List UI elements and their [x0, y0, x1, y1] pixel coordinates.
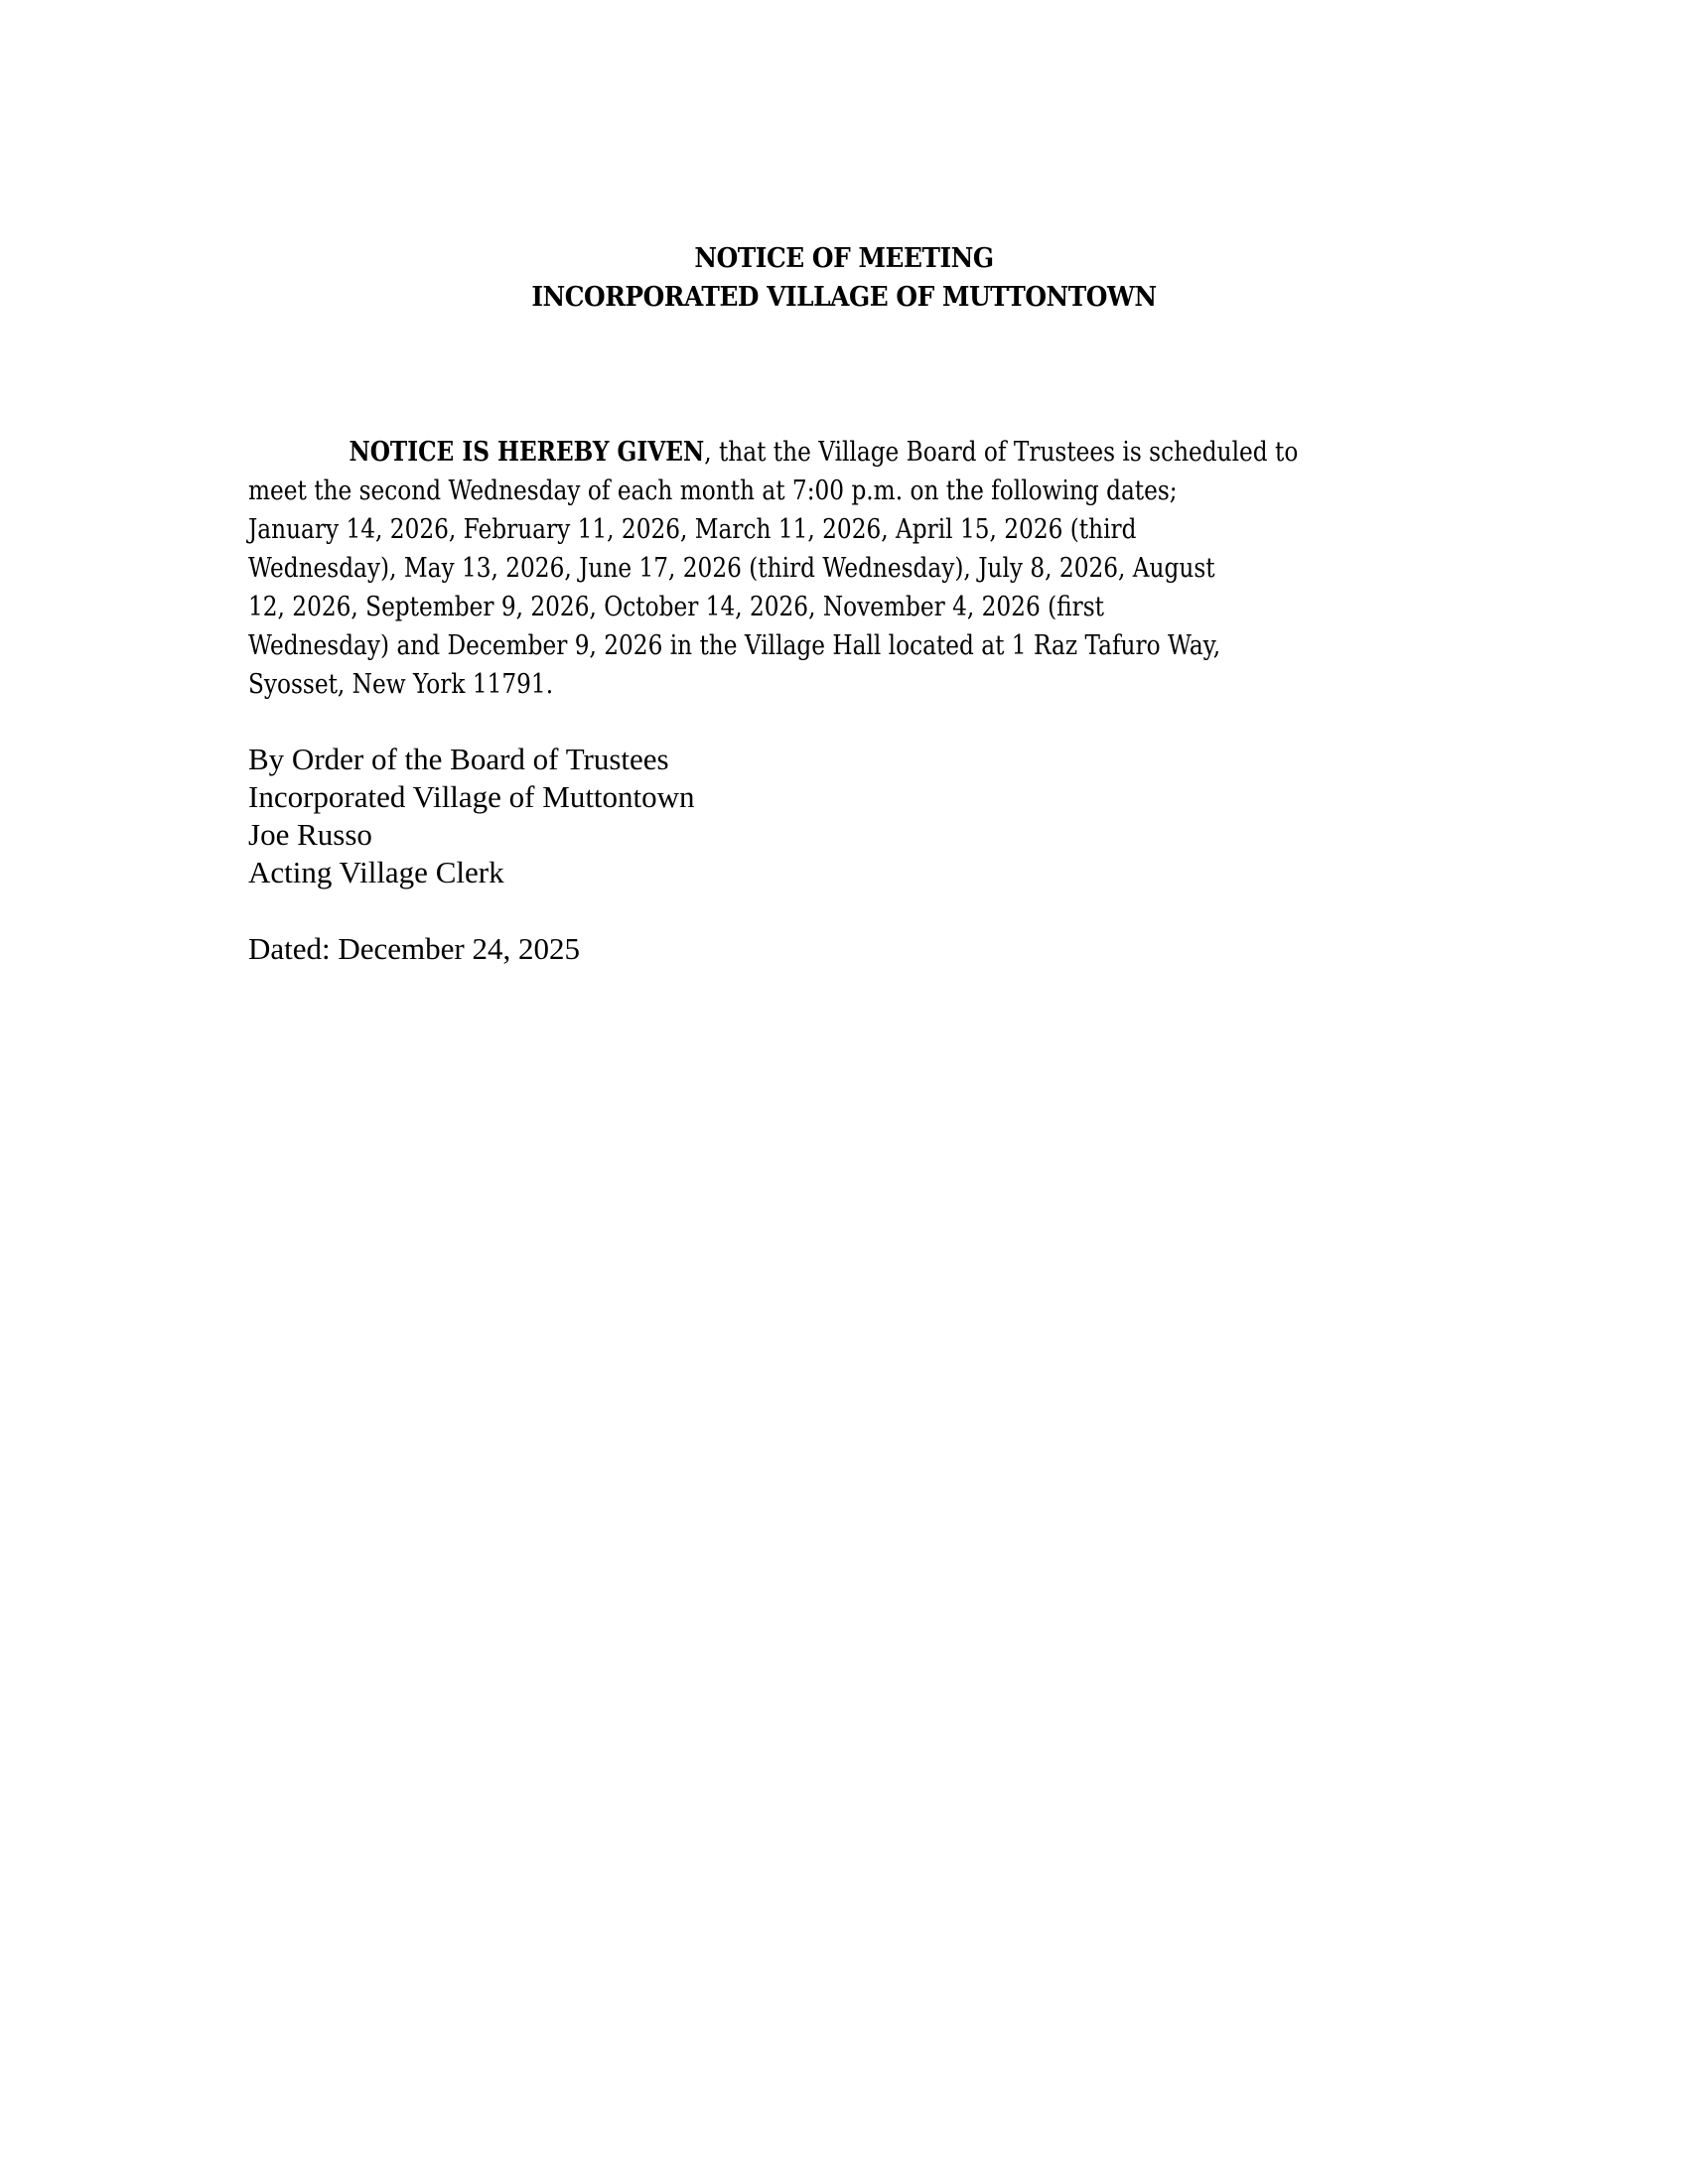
paragraph-line: Wednesday), May 13, 2026, June 17, 2026 … — [248, 549, 1358, 588]
notice-title: NOTICE OF MEETING — [68, 240, 1620, 278]
village-title: INCORPORATED VILLAGE OF MUTTONTOWN — [68, 279, 1620, 317]
notice-paragraph: NOTICE IS HEREBY GIVEN, that the Village… — [248, 433, 1358, 704]
signature-role: Acting Village Clerk — [248, 854, 695, 891]
paragraph-line: January 14, 2026, February 11, 2026, Mar… — [248, 510, 1358, 549]
document-page: NOTICE OF MEETING INCORPORATED VILLAGE O… — [0, 0, 1688, 2184]
paragraph-line: 12, 2026, September 9, 2026, October 14,… — [248, 588, 1358, 626]
notice-lead: NOTICE IS HEREBY GIVEN — [349, 437, 704, 468]
paragraph-line: NOTICE IS HEREBY GIVEN, that the Village… — [248, 433, 1358, 472]
dated-line: Dated: December 24, 2025 — [248, 930, 580, 968]
signature-order-line: By Order of the Board of Trustees — [248, 741, 695, 778]
signature-block: By Order of the Board of Trustees Incorp… — [248, 741, 695, 891]
signature-village-line: Incorporated Village of Muttontown — [248, 778, 695, 816]
signature-name: Joe Russo — [248, 816, 695, 854]
paragraph-line: meet the second Wednesday of each month … — [248, 472, 1358, 510]
paragraph-line: Wednesday) and December 9, 2026 in the V… — [248, 626, 1358, 665]
paragraph-line: Syosset, New York 11791. — [248, 665, 1358, 704]
